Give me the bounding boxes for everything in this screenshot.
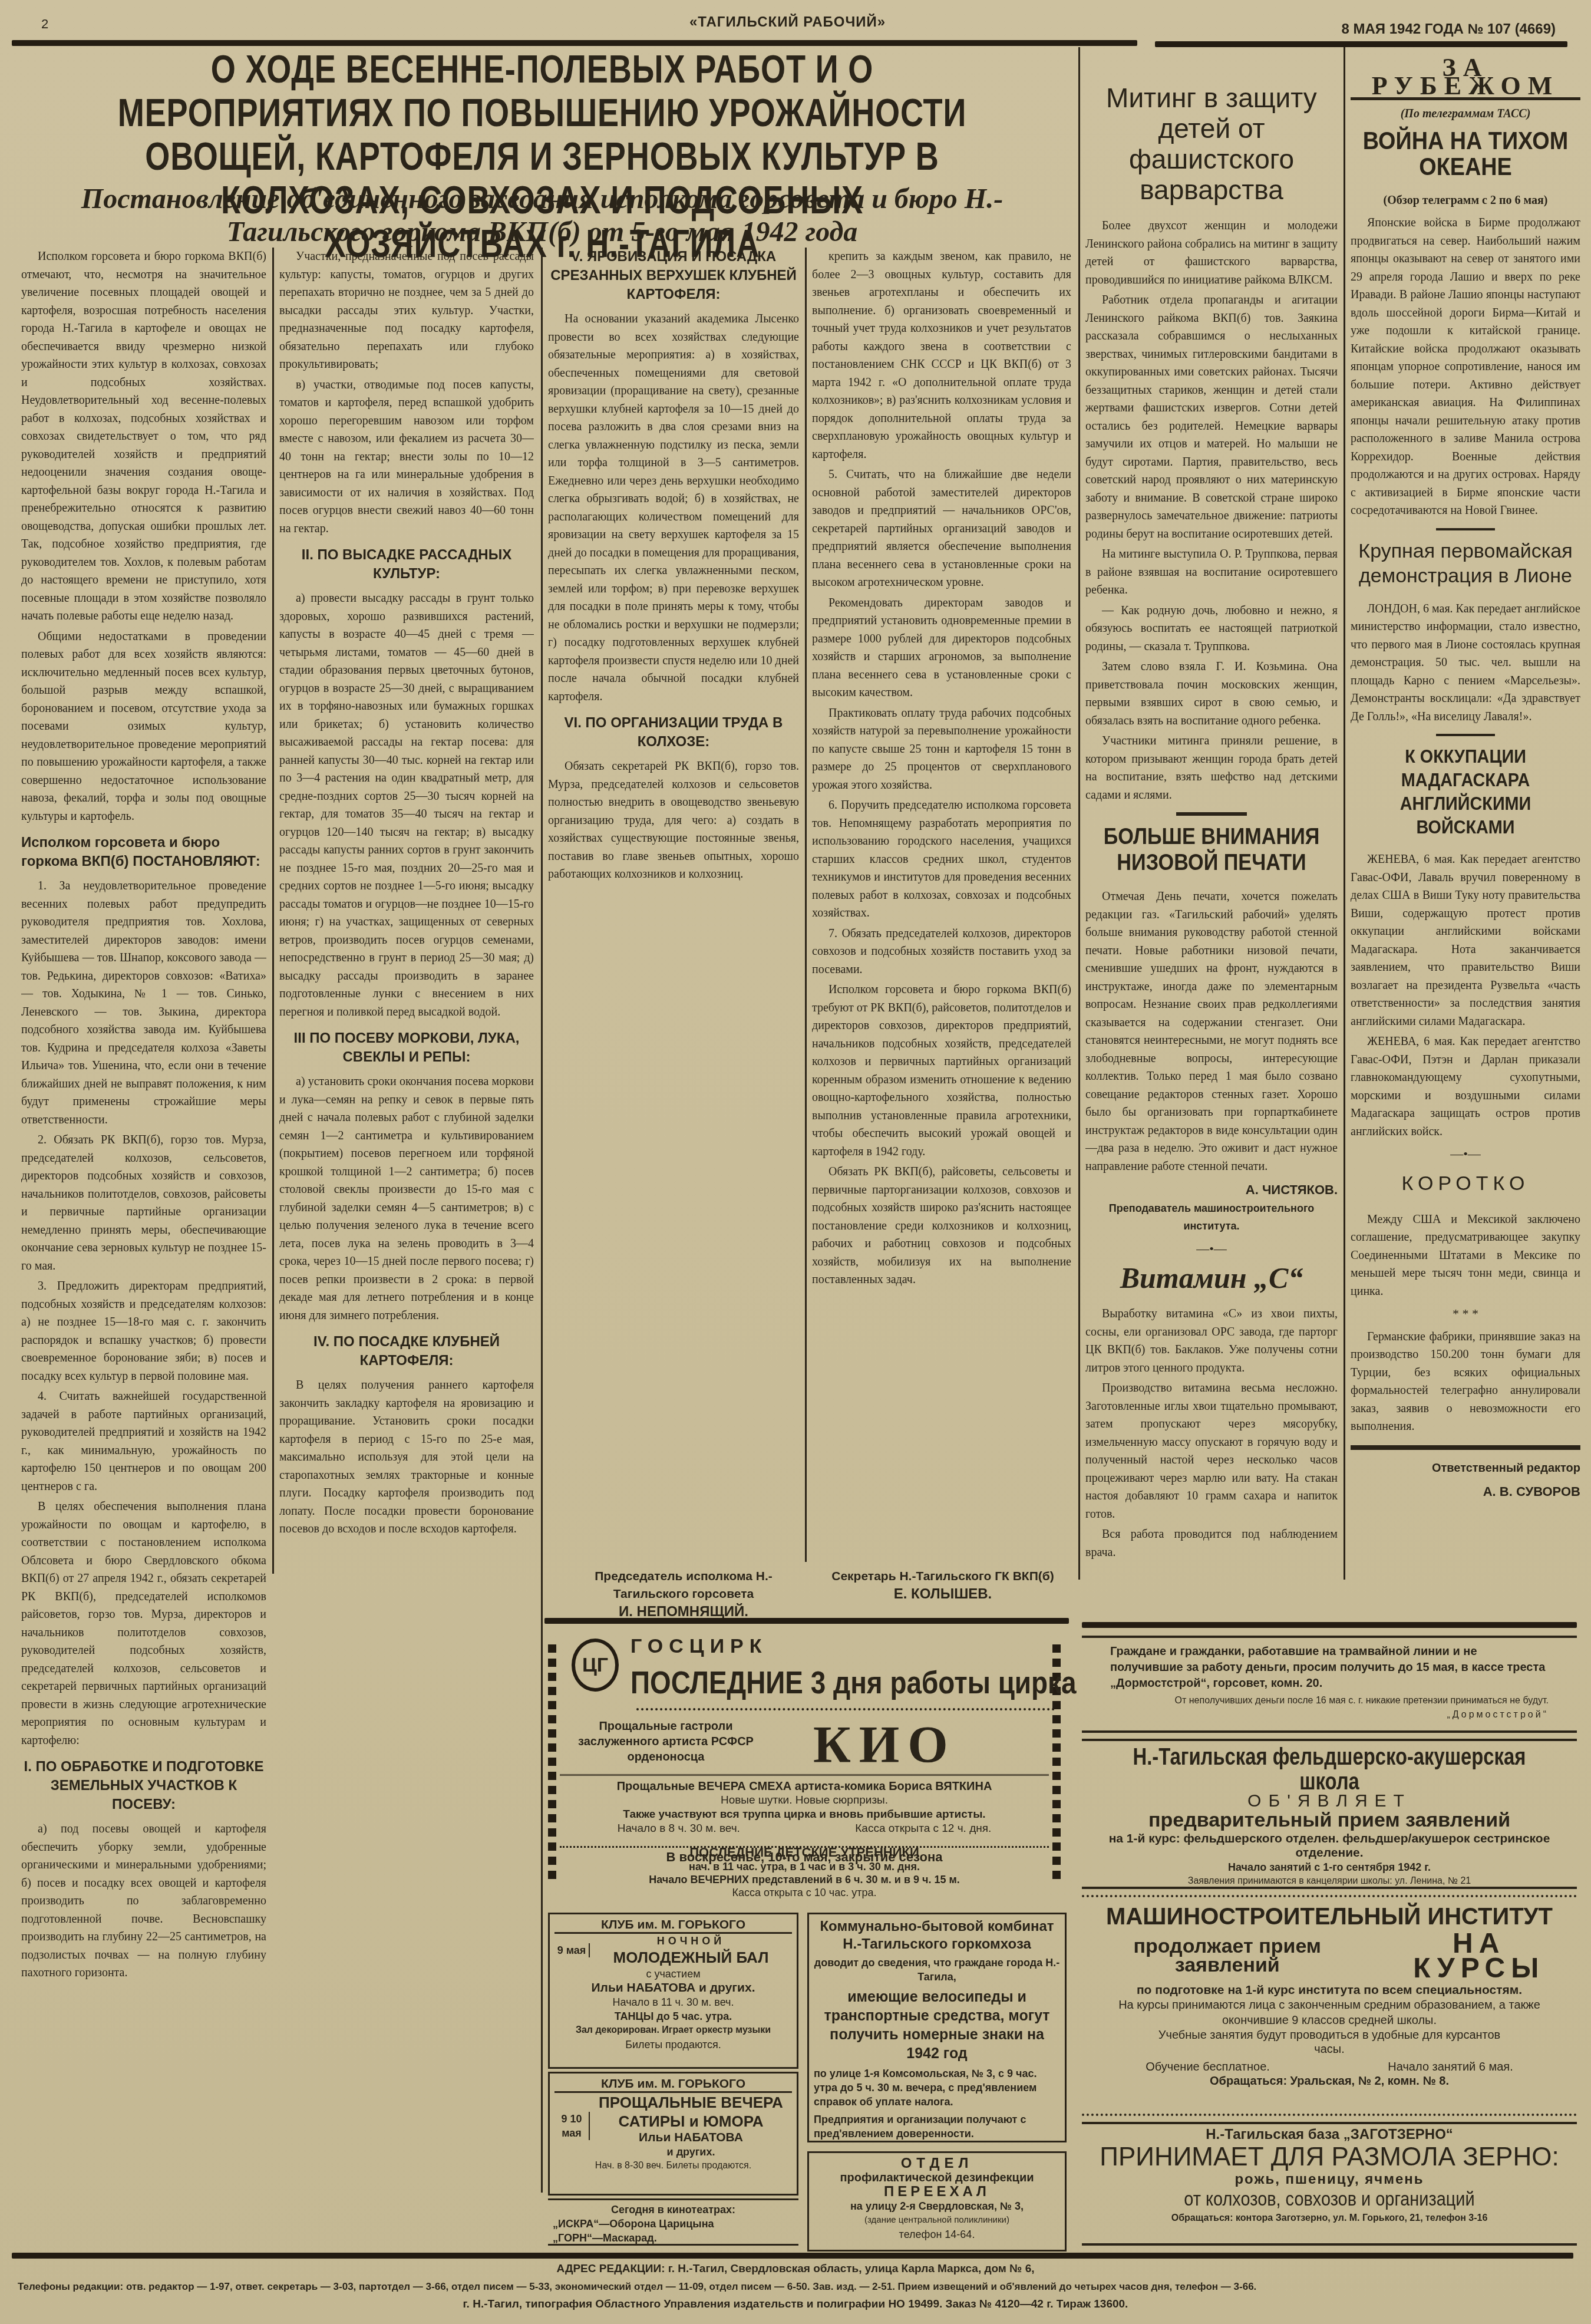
main-subheadline: Постановление об'единенного заседания ис… (24, 183, 1061, 249)
paragraph: Вся работа проводится под наблюдением вр… (1085, 1525, 1338, 1561)
column-divider (1344, 47, 1345, 1580)
footer-rule (12, 2253, 1573, 2259)
section-heading: I. ПО ОБРАБОТКЕ И ПОДГОТОВКЕ ЗЕМЕЛЬНЫХ У… (21, 1758, 266, 1814)
main-article-column-1: Исполком горсовета и бюро горкома ВКП(б)… (21, 248, 266, 2187)
divider (1436, 528, 1495, 530)
paragraph: Участки, предназначенные под посев расса… (279, 248, 534, 374)
side-column-abroad: ЗА РУБЕЖОМ (По телеграммам ТАСС) ВОЙНА Н… (1351, 59, 1580, 1591)
footer-printer: г. Н.-Тагил, типография Областного Управ… (18, 2296, 1573, 2313)
kicker-rule (1351, 97, 1580, 100)
vitamin-headline: Витамин „С“ (1085, 1262, 1338, 1293)
circus-comic-section: Прощальные ВЕЧЕРА СМЕХА артиста-комика Б… (560, 1774, 1049, 1836)
paragraph: в) участки, отводимые под посев капусты,… (279, 376, 534, 538)
paragraph: крепить за каждым звеном, как правило, н… (812, 248, 1071, 463)
dotted-rule (636, 1708, 1055, 1710)
main-article-column-4: крепить за каждым звеном, как правило, н… (812, 248, 1071, 1562)
paragraph: ЖЕНЕВА, 6 мая. Как передает агентство Га… (1351, 1033, 1580, 1140)
rally-headline: Митинг в защиту детей от фашистского вар… (1085, 83, 1338, 205)
paragraph: Выработку витамина «С» из хвои пихты, со… (1085, 1305, 1338, 1377)
newspaper-page: 2 «ТАГИЛЬСКИЙ РАБОЧИЙ» 8 МАЯ 1942 ГОДА №… (0, 0, 1591, 2324)
signature-chairman: Председатель исполкома Н.-Тагильского го… (560, 1568, 807, 1621)
paragraph: На митинге выступила О. Р. Труппкова, пе… (1085, 545, 1338, 599)
section-rule (544, 1618, 1069, 1624)
paragraph: В целях обеспечения выполнения плана уро… (21, 1498, 266, 1749)
column-divider (541, 248, 543, 2193)
section-heading: VI. ПО ОРГАНИЗАЦИИ ТРУДА В КОЛХОЗЕ: (548, 714, 799, 751)
kombinat-ad: Коммунально-бытовой комбинат Н.-Тагильск… (807, 1913, 1067, 2142)
disinfection-ad: ОТДЕЛ профилактической дезинфекции ПЕРЕЕ… (807, 2151, 1067, 2252)
section-heading: II. ПО ВЫСАДКЕ РАССАДНЫХ КУЛЬТУР: (279, 546, 534, 584)
signature-secretary: Секретарь Н.-Тагильского ГК ВКП(б) Е. КО… (819, 1568, 1067, 1603)
asterisk-divider: * * * (1351, 1305, 1580, 1323)
paragraph: 4. Считать важнейшей государственной зад… (21, 1387, 266, 1495)
paragraph: — Как родную дочь, любовно и нежно, я об… (1085, 602, 1338, 656)
footer-phones: Телефоны редакции: отв. редактор — 1-97,… (18, 2278, 1573, 2296)
paragraph: а) под посевы овощей и картофеля обеспеч… (21, 1820, 266, 1982)
main-article-column-3: V. ЯРОВИЗАЦИЯ И ПОСАДКА СРЕЗАННЫХ ВЕРХУШ… (548, 248, 799, 1562)
institute-ad: МАШИНОСТРОИТЕЛЬНЫЙ ИНСТИТУТ продолжает п… (1082, 1895, 1577, 2116)
issue-date: 8 МАЯ 1942 ГОДА № 107 (4669) (1341, 21, 1556, 38)
paragraph: ЛОНДОН, 6 мая. Как передает английское м… (1351, 600, 1580, 726)
resolve-heading: Исполком горсовета и бюро горкома ВКП(б)… (21, 833, 266, 871)
paragraph: Обязать РК ВКП(б), райсоветы, сельсоветы… (812, 1163, 1071, 1289)
masthead-rule-right (1155, 41, 1567, 47)
paragraph: Производство витамина весьма несложно. З… (1085, 1379, 1338, 1523)
circus-tour: Прощальные гастроли заслуженного артиста… (566, 1719, 766, 1765)
paragraph: Общими недостатками в проведении полевых… (21, 628, 266, 826)
editor-name: А. В. СУВОРОВ (1351, 1483, 1580, 1501)
editor-rule (1351, 1445, 1580, 1450)
bullet-divider: —•— (1085, 1240, 1338, 1258)
ball-date: 9 мая (554, 1943, 590, 1957)
paragraph: Между США и Мексикой заключено соглашени… (1351, 1211, 1580, 1301)
abroad-kicker: ЗА РУБЕЖОМ (1351, 59, 1580, 95)
column-divider (1078, 47, 1080, 1580)
paragraph: Участники митинга приняли решение, в кот… (1085, 732, 1338, 804)
divider (1176, 812, 1247, 816)
press-author-role: Преподаватель машиностроительного инстит… (1085, 1199, 1338, 1235)
editor-label: Ответственный редактор (1351, 1459, 1580, 1478)
press-author: А. ЧИСТЯКОВ. (1085, 1181, 1338, 1199)
medical-school-ad: Н.-Тагильская фельдшерско-акушерская шко… (1082, 1739, 1577, 1889)
masthead: 2 «ТАГИЛЬСКИЙ РАБОЧИЙ» 8 МАЯ 1942 ГОДА №… (18, 12, 1573, 41)
circus-main-line: ПОСЛЕДНИЕ 3 дня работы цирка (631, 1664, 1077, 1701)
cinema-ad: Сегодня в кинотеатрах: „ИСКРА“—Оборона Ц… (548, 2198, 798, 2246)
circus-kids-block: ПОСЛЕДНИЕ ДЕТСКИЕ УТРЕННИКИ нач. в 11 ча… (560, 1845, 1049, 1910)
paragraph: а) установить сроки окончания посева мор… (279, 1073, 534, 1324)
paragraph: Более двухсот женщин и молодежи Ленинско… (1085, 217, 1338, 289)
film-border (548, 1644, 556, 1880)
paragraph: а) провести высадку рассады в грунт толь… (279, 589, 534, 1021)
paragraph: В целях получения раннего картофеля зако… (279, 1376, 534, 1538)
paragraph: Обязать секретарей РК ВКП(б), горзо тов.… (548, 757, 799, 884)
section-heading: V. ЯРОВИЗАЦИЯ И ПОСАДКА СРЕЗАННЫХ ВЕРХУШ… (548, 248, 799, 304)
paragraph: ЖЕНЕВА, 6 мая. Как передает агентство Га… (1351, 851, 1580, 1030)
tram-ad: Граждане и гражданки, работавшие на трам… (1082, 1636, 1577, 1733)
paragraph: Работник отдела пропаганды и агитации Ле… (1085, 291, 1338, 543)
bullet-divider: —•— (1351, 1145, 1580, 1163)
press-headline: БОЛЬШЕ ВНИМАНИЯ НИЗОВОЙ ПЕЧАТИ (1098, 824, 1325, 876)
paragraph: Рекомендовать директорам заводов и предп… (812, 594, 1071, 702)
paragraph: Исполком горсовета и бюро горкома ВКП(б)… (21, 248, 266, 625)
satire-date: 9 10 мая (554, 2112, 590, 2140)
column-divider (805, 248, 807, 1562)
paragraph: 3. Предложить директорам предприятий, по… (21, 1277, 266, 1385)
paragraph: 5. Считать, что на ближайшие две недели … (812, 466, 1071, 592)
paragraph: Японские войска в Бирме продолжают продв… (1351, 214, 1580, 520)
footer-address: АДРЕС РЕДАКЦИИ: г. Н.-Тагил, Свердловска… (18, 2260, 1573, 2278)
section-rule (1082, 1622, 1577, 1628)
footer: АДРЕС РЕДАКЦИИ: г. Н.-Тагил, Свердловска… (18, 2260, 1573, 2313)
club-ball-ad: КЛУБ им. М. ГОРЬКОГО 9 мая НОЧНОЙ МОЛОДЕ… (548, 1913, 798, 2069)
pacific-headline: ВОЙНА НА ТИХОМ ОКЕАНЕ (1362, 128, 1569, 180)
circus-logo-icon: ЦГ (572, 1639, 619, 1692)
masthead-rule (12, 40, 1137, 46)
section-heading: III ПО ПОСЕВУ МОРКОВИ, ЛУКА, СВЕКЛЫ И РЕ… (279, 1029, 534, 1067)
paragraph: На основании указаний академика Лысенко … (548, 310, 799, 706)
main-article-column-2: Участки, предназначенные под посев расса… (279, 248, 534, 2187)
paragraph: Германские фабрики, принявшие заказ на п… (1351, 1328, 1580, 1436)
paragraph: Практиковать оплату труда рабочих подсоб… (812, 704, 1071, 795)
paragraph: 2. Обязать РК ВКП(б), горзо тов. Мурза, … (21, 1131, 266, 1275)
paragraph: Затем слово взяла Г. И. Козьмина. Она пр… (1085, 658, 1338, 730)
paper-name: «ТАГИЛЬСКИЙ РАБОЧИЙ» (689, 14, 886, 31)
column-divider (272, 248, 274, 1574)
divider (1436, 734, 1495, 736)
circus-star: КИО (813, 1715, 956, 1775)
paragraph: Исполком горсовета и бюро горкома ВКП(б)… (812, 981, 1071, 1161)
circus-name: ГОСЦИРК (631, 1635, 768, 1658)
paragraph: 7. Обязать председателей колхозов, дирек… (812, 925, 1071, 979)
paragraph: 1. За неудовлетворительное проведение ве… (21, 877, 266, 1129)
section-heading: IV. ПО ПОСАДКЕ КЛУБНЕЙ КАРТОФЕЛЯ: (279, 1333, 534, 1370)
club-satire-ad: КЛУБ им. М. ГОРЬКОГО 9 10 мая ПРОЩАЛЬНЫЕ… (548, 2072, 798, 2196)
paragraph: 6. Поручить председателю исполкома горсо… (812, 796, 1071, 922)
tass-source: (По телеграммам ТАСС) (1351, 105, 1580, 123)
page-number: 2 (41, 17, 48, 32)
resolution-signatures: Председатель исполкома Н.-Тагильского го… (542, 1568, 1067, 1615)
pacific-subtitle: (Обзор телеграмм с 2 по 6 мая) (1351, 192, 1580, 210)
zagotzerno-ad: Н.-Тагильская база „ЗАГОТЗЕРНО“ ПРИНИМАЕ… (1082, 2122, 1577, 2246)
paragraph: Отмечая День печати, хочется пожелать ре… (1085, 888, 1338, 1175)
briefly-headline: КОРОТКО (1351, 1168, 1580, 1199)
madagascar-headline: К ОККУПАЦИИ МАДАГАСКАРА АНГЛИЙСКИМИ ВОЙС… (1362, 744, 1569, 839)
side-column-1: Митинг в защиту детей от фашистского вар… (1085, 59, 1338, 1591)
lyon-headline: Крупная первомайская демонстрация в Лион… (1351, 539, 1580, 588)
